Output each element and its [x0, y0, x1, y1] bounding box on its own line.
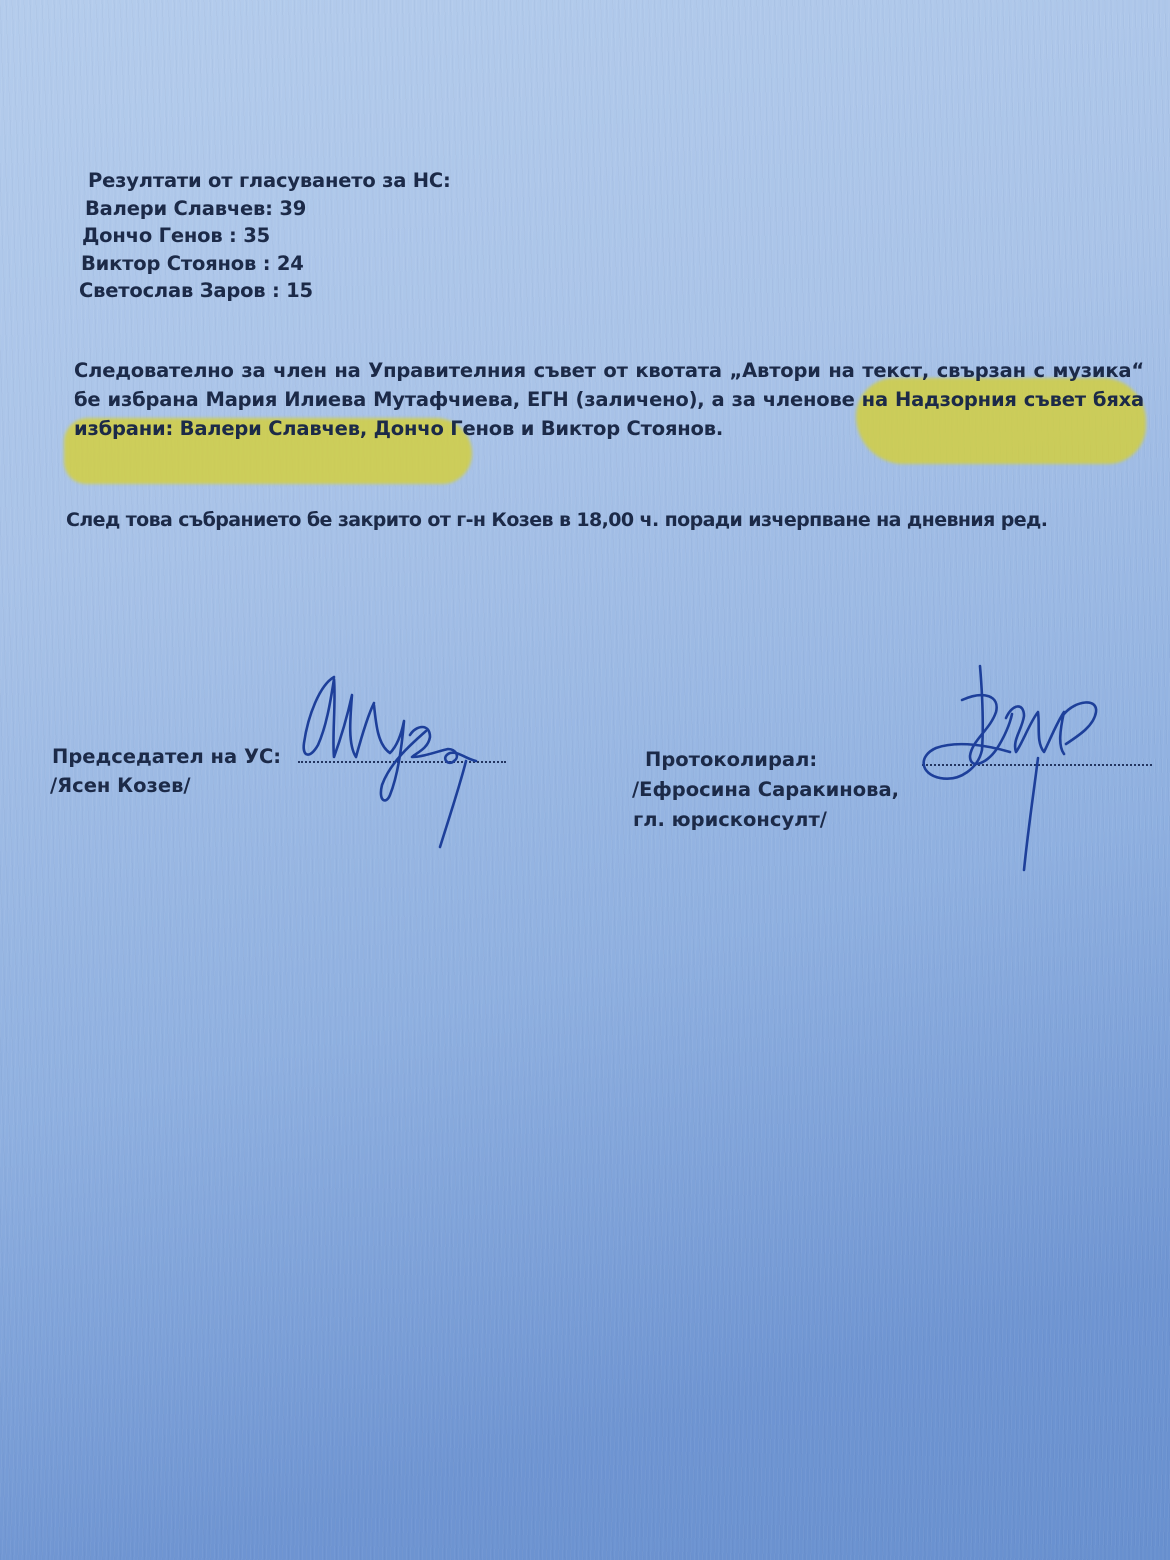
recorder-handwritten-signature	[900, 660, 1120, 875]
chair-name: /Ясен Козев/	[50, 772, 191, 799]
voting-results: Резултати от гласуването за НС: Валери С…	[88, 167, 451, 305]
chair-handwritten-signature	[290, 665, 510, 855]
results-heading: Резултати от гласуването за НС:	[88, 167, 451, 195]
recorder-name: /Ефросина Саракинова,	[632, 776, 899, 803]
closing-paragraph: След това събранието бе закрито от г-н К…	[66, 505, 1146, 535]
result-line: Дончо Генов : 35	[82, 222, 451, 250]
result-line: Виктор Стоянов : 24	[81, 250, 451, 278]
chair-signature-label: Председател на УС:	[52, 743, 281, 770]
result-line: Валери Славчев: 39	[85, 195, 451, 223]
recorder-role: гл. юрисконсулт/	[633, 806, 827, 833]
result-line: Светослав Заров : 15	[79, 277, 451, 305]
recorder-signature-label: Протоколирал:	[645, 746, 817, 773]
decision-paragraph: Следователно за член на Управителния съв…	[74, 356, 1144, 443]
